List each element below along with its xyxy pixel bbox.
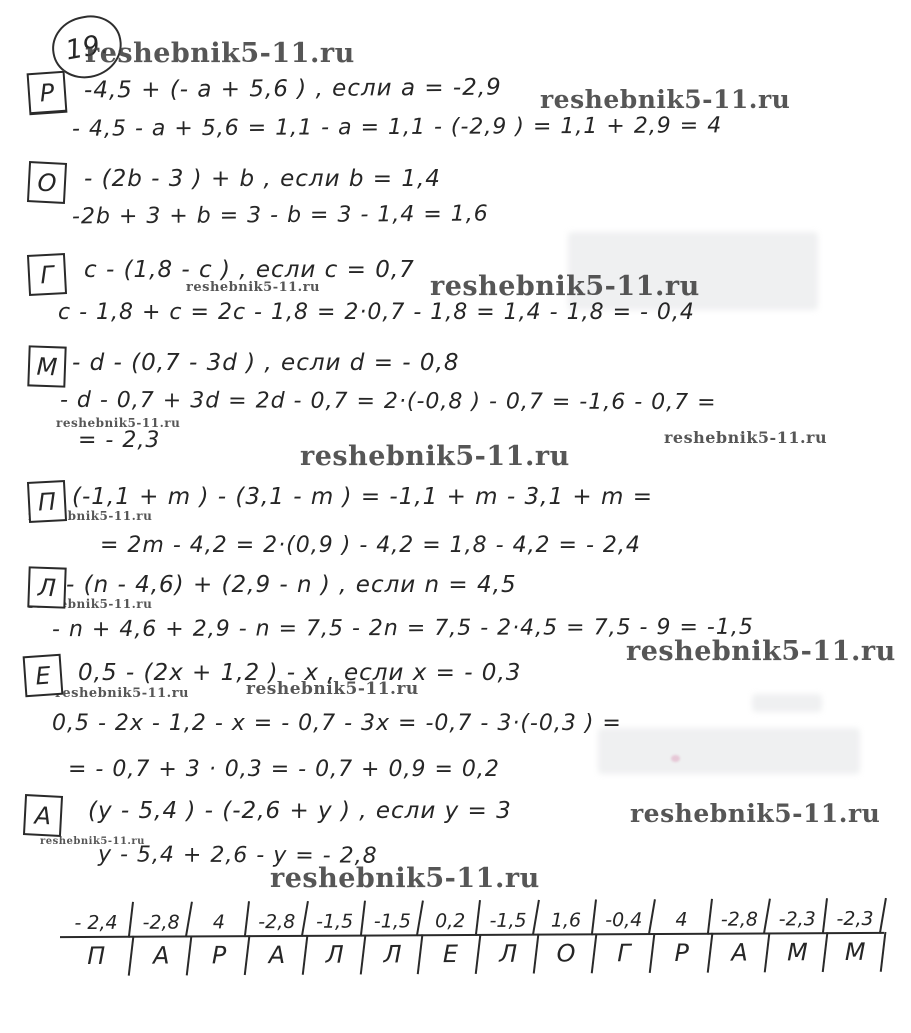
answer-letter: П (60, 938, 132, 974)
problem-solution-e-2: = - 0,7 + 3 · 0,3 = - 0,7 + 0,9 = 0,2 (68, 757, 500, 782)
watermark: reshebnik5-11.ru (540, 85, 790, 114)
watermark: reshebnik5-11.ru (300, 441, 570, 472)
answer-value: -2,3 (826, 900, 884, 932)
answer-value: -2,8 (248, 903, 306, 935)
answer-table: - 2,4 -2,8 4 -2,8 -1,5 -1,5 0,2 -1,5 1,6… (60, 900, 884, 974)
problem-statement-g: c - (1,8 - c ) , если c = 0,7 (84, 257, 415, 283)
problem-statement-a: (y - 5,4 ) - (-2,6 + y ) , если y = 3 (88, 798, 512, 824)
answer-value: -1,5 (479, 902, 537, 934)
problem-solution-g: c - 1,8 + c = 2c - 1,8 = 2·0,7 - 1,8 = 1… (58, 300, 695, 325)
problem-letter-box-o: О (27, 161, 67, 204)
problem-solution-l: - n + 4,6 + 2,9 - n = 7,5 - 2n = 7,5 - 2… (52, 615, 754, 642)
answer-letter: А (248, 937, 306, 973)
answer-letter: М (768, 934, 826, 970)
answer-value: -2,8 (132, 903, 190, 935)
problem-solution-a: y - 5,4 + 2,6 - y = - 2,8 (98, 842, 378, 868)
answer-value: -1,5 (363, 902, 421, 934)
answer-letter: А (132, 937, 190, 973)
answer-value: 4 (190, 903, 248, 935)
problem-letter-box-g: Г (27, 253, 67, 296)
bleed-through-artifact (752, 694, 822, 712)
answer-letter: А (711, 934, 769, 970)
watermark: reshebnik5-11.ru (626, 636, 896, 667)
problem-letter-box-m: М (27, 345, 66, 387)
answer-values-row: - 2,4 -2,8 4 -2,8 -1,5 -1,5 0,2 -1,5 1,6… (60, 900, 884, 938)
answer-value: -0,4 (595, 901, 653, 933)
answer-letter: Р (190, 937, 248, 973)
answer-value: -2,8 (710, 900, 768, 932)
answer-letter: Е (421, 936, 479, 972)
problem-statement-r: -4,5 + (- a + 5,6 ) , если a = -2,9 (84, 75, 502, 104)
answer-letters-row: П А Р А Л Л Е Л О Г Р А М М (60, 934, 884, 974)
problem-letter-box-p: П (27, 480, 67, 523)
answer-letter: Л (364, 936, 422, 972)
notebook-page: { "page": { "number": "19.", "watermark"… (0, 0, 911, 1033)
watermark: reshebnik5-11.ru (630, 799, 880, 828)
watermark: reshebnik5-11.ru (430, 271, 700, 302)
bleed-through-artifact (598, 728, 860, 774)
answer-letter: М (826, 934, 884, 970)
answer-value: 4 (653, 901, 711, 933)
problem-statement-m: - d - (0,7 - 3d ) , если d = - 0,8 (72, 350, 460, 376)
answer-value: -2,3 (768, 900, 826, 932)
answer-letter: Г (595, 935, 653, 971)
answer-letter: Л (306, 937, 364, 973)
watermark: reshebnik5-11.ru (664, 428, 827, 447)
problem-letter-box-r: Р (27, 71, 68, 116)
answer-value: 1,6 (537, 901, 595, 933)
watermark: reshebnik5-11.ru (85, 38, 355, 69)
problem-solution-m-2: = - 2,3 (78, 428, 160, 453)
problem-statement-o: - (2b - 3 ) + b , если b = 1,4 (84, 166, 441, 192)
problem-solution-m: - d - 0,7 + 3d = 2d - 0,7 = 2·(-0,8 ) - … (60, 388, 717, 415)
watermark: reshebnik5-11.ru (55, 686, 189, 701)
problem-statement-p: (-1,1 + m ) - (3,1 - m ) = -1,1 + m - 3,… (72, 484, 653, 510)
answer-letter: Р (653, 935, 711, 971)
problem-solution-p: = 2m - 4,2 = 2·(0,9 ) - 4,2 = 1,8 - 4,2 … (100, 533, 641, 558)
answer-value: 0,2 (421, 902, 479, 934)
answer-value: - 2,4 (60, 904, 132, 936)
problem-letter-box-e: Е (23, 654, 64, 698)
answer-letter: Л (479, 936, 537, 972)
answer-letter: О (537, 935, 595, 971)
problem-statement-l: - (n - 4,6) + (2,9 - n ) , если n = 4,5 (66, 572, 517, 598)
answer-value: -1,5 (306, 903, 364, 935)
ink-speck (671, 755, 680, 762)
problem-statement-e: 0,5 - (2x + 1,2 ) - x , если x = - 0,3 (78, 660, 521, 686)
problem-solution-o: -2b + 3 + b = 3 - b = 3 - 1,4 = 1,6 (72, 202, 489, 230)
problem-letter-box-l: Л (27, 566, 66, 608)
problem-solution-r: - 4,5 - a + 5,6 = 1,1 - a = 1,1 - (-2,9 … (72, 113, 722, 141)
problem-letter-box-a: А (23, 794, 63, 837)
problem-solution-e: 0,5 - 2x - 1,2 - x = - 0,7 - 3x = -0,7 -… (52, 711, 622, 736)
